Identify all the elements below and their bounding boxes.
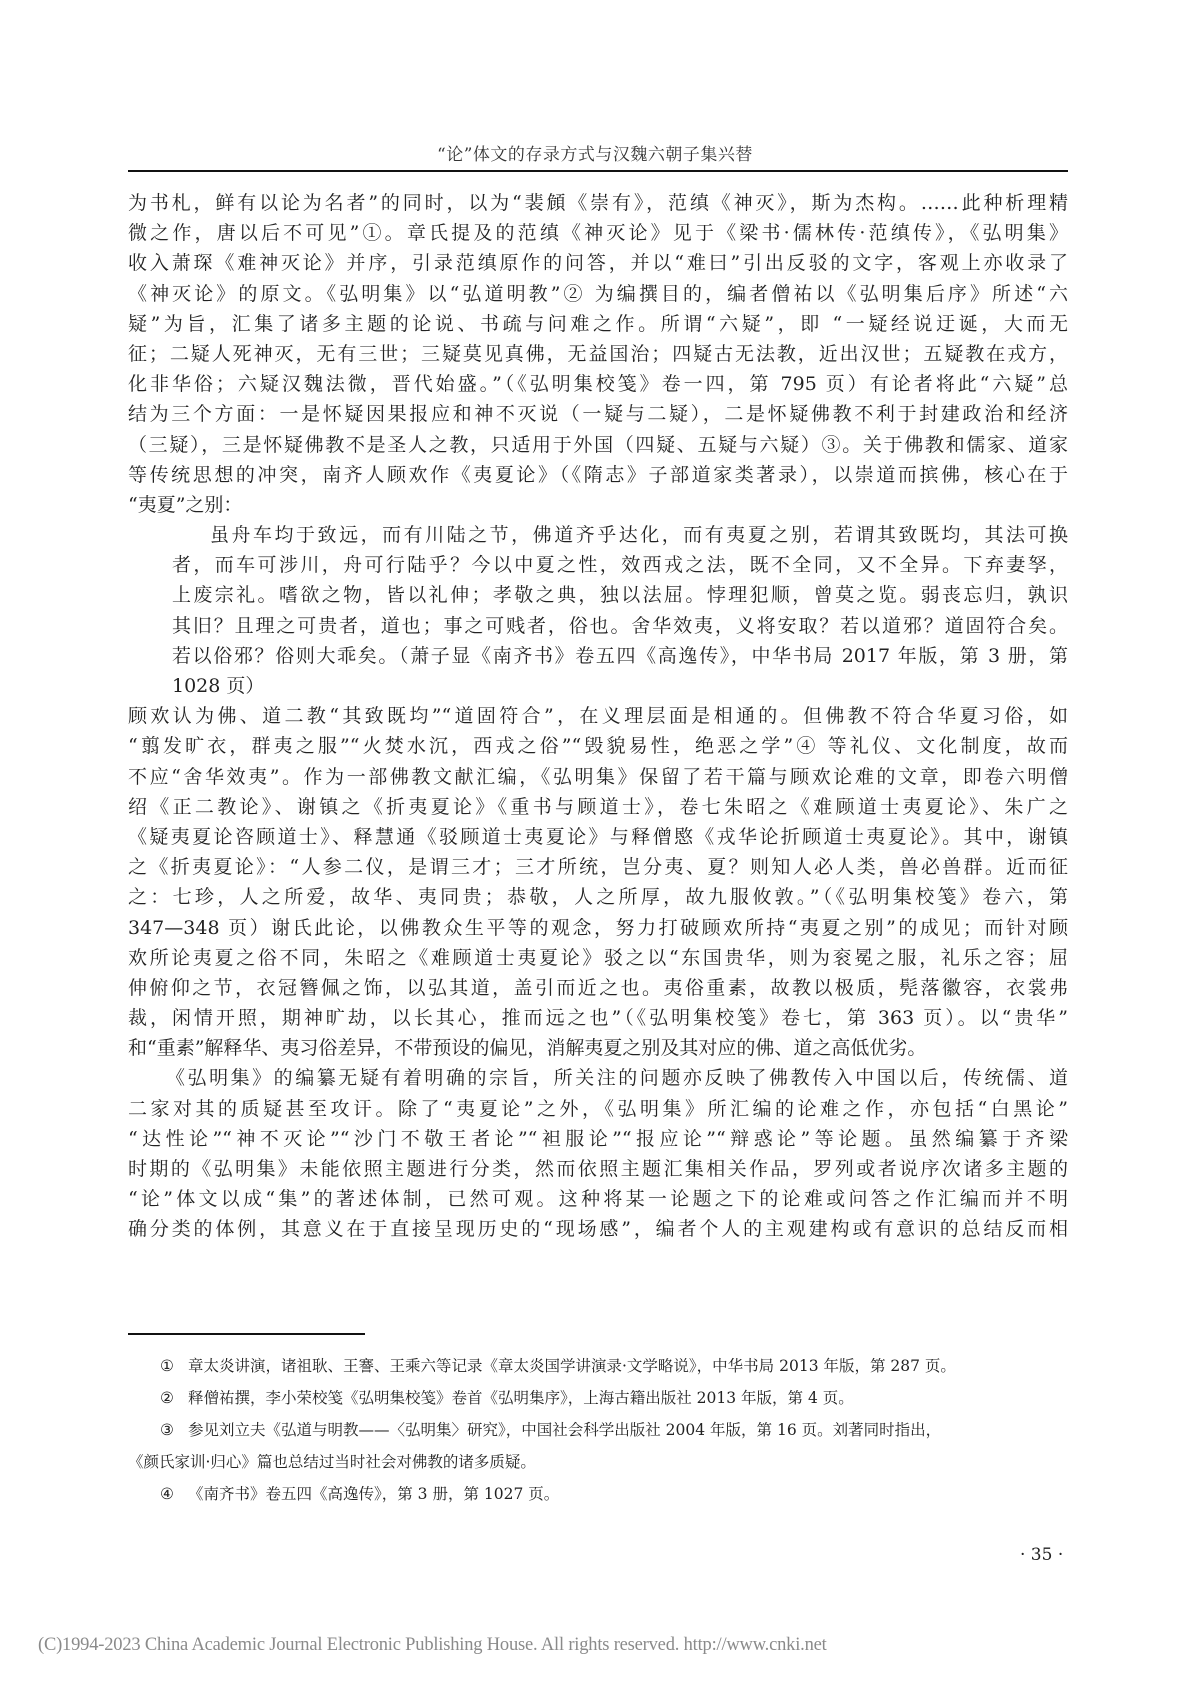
text-line: “夷夏”之别：: [128, 490, 1068, 520]
text-line: 不应“舍华效夷”。作为一部佛教文献汇编，《弘明集》保留了若干篇与顾欢论难的文章，…: [128, 762, 1068, 792]
text-line: 化非华俗；六疑汉魏法微，晋代始盛。”（《弘明集校笺》卷一四，第 795 页）有论…: [128, 369, 1068, 399]
text-line: 欢所论夷夏之俗不同，朱昭之《难顾道士夷夏论》驳之以“东国贵华，则为衮冕之服，礼乐…: [128, 943, 1068, 973]
text-line: 和“重素”解释华、夷习俗差异，不带预设的偏见，消解夷夏之别及其对应的佛、道之高低…: [128, 1033, 1068, 1063]
quote-line: 上废宗礼。嗜欲之物，皆以礼伸；孝敬之典，独以法屈。悖理犯顺，曾莫之览。弱丧忘归，…: [128, 580, 1068, 610]
text-line: “论”体文以成“集”的著述体制，已然可观。这种将某一论题之下的论难或问答之作汇编…: [128, 1184, 1068, 1214]
quote-line: 其旧？且理之可贵者，道也；事之可贱者，俗也。舍华效夷，义将安取？若以道邪？道固符…: [128, 611, 1068, 641]
quote-line: 1028 页）: [128, 671, 1068, 701]
text-line: 绍《正二教论》、谢镇之《折夷夏论》《重书与顾道士》，卷七朱昭之《难顾道士夷夏论》…: [128, 792, 1068, 822]
quote-line: 者，而车可涉川，舟可行陆乎？今以中夏之性，效西戎之法，既不全同，又不全异。下弃妻…: [128, 550, 1068, 580]
footnote-1: ①章太炎讲演，诸祖耿、王謇、王乘六等记录《章太炎国学讲演录·文学略说》，中华书局…: [128, 1350, 1068, 1382]
text-line: 时期的《弘明集》未能依照主题进行分类，然而依照主题汇集相关作品，罗列或者说序次诸…: [128, 1154, 1068, 1184]
text-line: 疑”为旨，汇集了诸多主题的论说、书疏与问难之作。所谓“六疑”，即 “一疑经说迂诞…: [128, 309, 1068, 339]
footnote-mark: ③: [160, 1414, 188, 1446]
running-header: “论”体文的存录方式与汉魏六朝子集兴替: [0, 140, 1190, 165]
text-line: 微之作，唐以后不可见”①。章氏提及的范缜《神灭论》见于《梁书·儒林传·范缜传》，…: [128, 218, 1068, 248]
text-line: 《弘明集》的编纂无疑有着明确的宗旨，所关注的问题亦反映了佛教传入中国以后，传统儒…: [128, 1063, 1068, 1093]
text-line: 之《折夷夏论》：“人参二仪，是谓三才；三才所统，岂分夷、夏？则知人必人类，兽必兽…: [128, 852, 1068, 882]
text-line: 征；二疑人死神灭，无有三世；三疑莫见真佛，无益国治；四疑古无法教，近出汉世；五疑…: [128, 339, 1068, 369]
text-line: 伸俯仰之节，衣冠簪佩之饰，以弘其道，盖引而近之也。夷俗重素，故教以极质，髡落徽容…: [128, 973, 1068, 1003]
footnote-mark: ②: [160, 1382, 188, 1414]
text-line: 二家对其的质疑甚至攻讦。除了“夷夏论”之外，《弘明集》所汇编的论难之作，亦包括“…: [128, 1094, 1068, 1124]
copyright-notice: (C)1994-2023 China Academic Journal Elec…: [38, 1635, 827, 1656]
footnote-4: ④《南齐书》卷五四《高逸传》，第 3 册，第 1027 页。: [128, 1478, 1068, 1510]
text-line: 等传统思想的冲突，南齐人顾欢作《夷夏论》（《隋志》子部道家类著录），以崇道而摈佛…: [128, 460, 1068, 490]
footnote-mark: ①: [160, 1350, 188, 1382]
footnote-text: 《南齐书》卷五四《高逸传》，第 3 册，第 1027 页。: [188, 1485, 559, 1503]
block-quote: 虽舟车均于致远，而有川陆之节，佛道齐乎达化，而有夷夏之别，若谓其致既均，其法可换…: [128, 520, 1068, 701]
footnote-3: ③参见刘立夫《弘道与明教——〈弘明集〉研究》，中国社会科学出版社 2004 年版…: [128, 1414, 1068, 1446]
footnotes: ①章太炎讲演，诸祖耿、王謇、王乘六等记录《章太炎国学讲演录·文学略说》，中华书局…: [128, 1350, 1068, 1510]
text-line: 收入萧琛《难神灭论》并序，引录范缜原作的问答，并以“难曰”引出反驳的文字，客观上…: [128, 248, 1068, 278]
text-line: 《神灭论》的原文。《弘明集》以“弘道明教”② 为编撰目的，编者僧祐以《弘明集后序…: [128, 279, 1068, 309]
quote-line: 虽舟车均于致远，而有川陆之节，佛道齐乎达化，而有夷夏之别，若谓其致既均，其法可换: [128, 520, 1068, 550]
text-line: 为书札，鲜有以论为名者”的同时，以为“裴頠《崇有》，范缜《神灭》，斯为杰构。………: [128, 188, 1068, 218]
footnote-text: 参见刘立夫《弘道与明教——〈弘明集〉研究》，中国社会科学出版社 2004 年版，…: [188, 1421, 941, 1439]
text-line: （三疑），三是怀疑佛教不是圣人之教，只适用于外国（四疑、五疑与六疑）③。关于佛教…: [128, 430, 1068, 460]
quote-line: 若以俗邪？俗则大乖矣。（萧子显《南齐书》卷五四《高逸传》，中华书局 2017 年…: [128, 641, 1068, 671]
text-line: 《疑夷夏论咨顾道士》、释慧通《驳顾道士夷夏论》与释僧愍《戎华论折顾道士夷夏论》。…: [128, 822, 1068, 852]
main-text: 为书札，鲜有以论为名者”的同时，以为“裴頠《崇有》，范缜《神灭》，斯为杰构。………: [128, 188, 1068, 1245]
footnote-3-continuation: 《颜氏家训·归心》篇也总结过当时社会对佛教的诸多质疑。: [128, 1446, 1068, 1478]
text-line: 裁，闲情开照，期神旷劫，以长其心，推而远之也”（《弘明集校笺》卷七，第 363 …: [128, 1003, 1068, 1033]
text-line: 确分类的体例，其意义在于直接呈现历史的“现场感”，编者个人的主观建构或有意识的总…: [128, 1214, 1068, 1244]
footnote-text: 章太炎讲演，诸祖耿、王謇、王乘六等记录《章太炎国学讲演录·文学略说》，中华书局 …: [188, 1357, 956, 1375]
footnote-mark: ④: [160, 1478, 188, 1510]
text-line: 结为三个方面：一是怀疑因果报应和神不灭说（一疑与二疑），二是怀疑佛教不利于封建政…: [128, 399, 1068, 429]
text-line: 顾欢认为佛、道二教“其致既均”“道固符合”，在义理层面是相通的。但佛教不符合华夏…: [128, 701, 1068, 731]
footnote-text: 释僧祐撰，李小荣校笺《弘明集校笺》卷首《弘明集序》，上海古籍出版社 2013 年…: [188, 1389, 854, 1407]
text-line: 347—348 页）谢氏此论，以佛教众生平等的观念，努力打破顾欢所持“夷夏之别”…: [128, 913, 1068, 943]
footnote-rule: [128, 1333, 365, 1335]
text-line: 之：七珍，人之所爱，故华、夷同贵；恭敬，人之所厚，故九服攸敦。”（《弘明集校笺》…: [128, 882, 1068, 912]
header-rule: [128, 170, 1068, 172]
footnote-2: ②释僧祐撰，李小荣校笺《弘明集校笺》卷首《弘明集序》，上海古籍出版社 2013 …: [128, 1382, 1068, 1414]
page-number: · 35 ·: [1020, 1545, 1063, 1565]
text-line: “翦发旷衣，群夷之服”“火焚水沉，西戎之俗”“毁貌易性，绝恶之学”④ 等礼仪、文…: [128, 731, 1068, 761]
text-line: “达性论”“神不灭论”“沙门不敬王者论”“袒服论”“报应论”“辩惑论”等论题。虽…: [128, 1124, 1068, 1154]
